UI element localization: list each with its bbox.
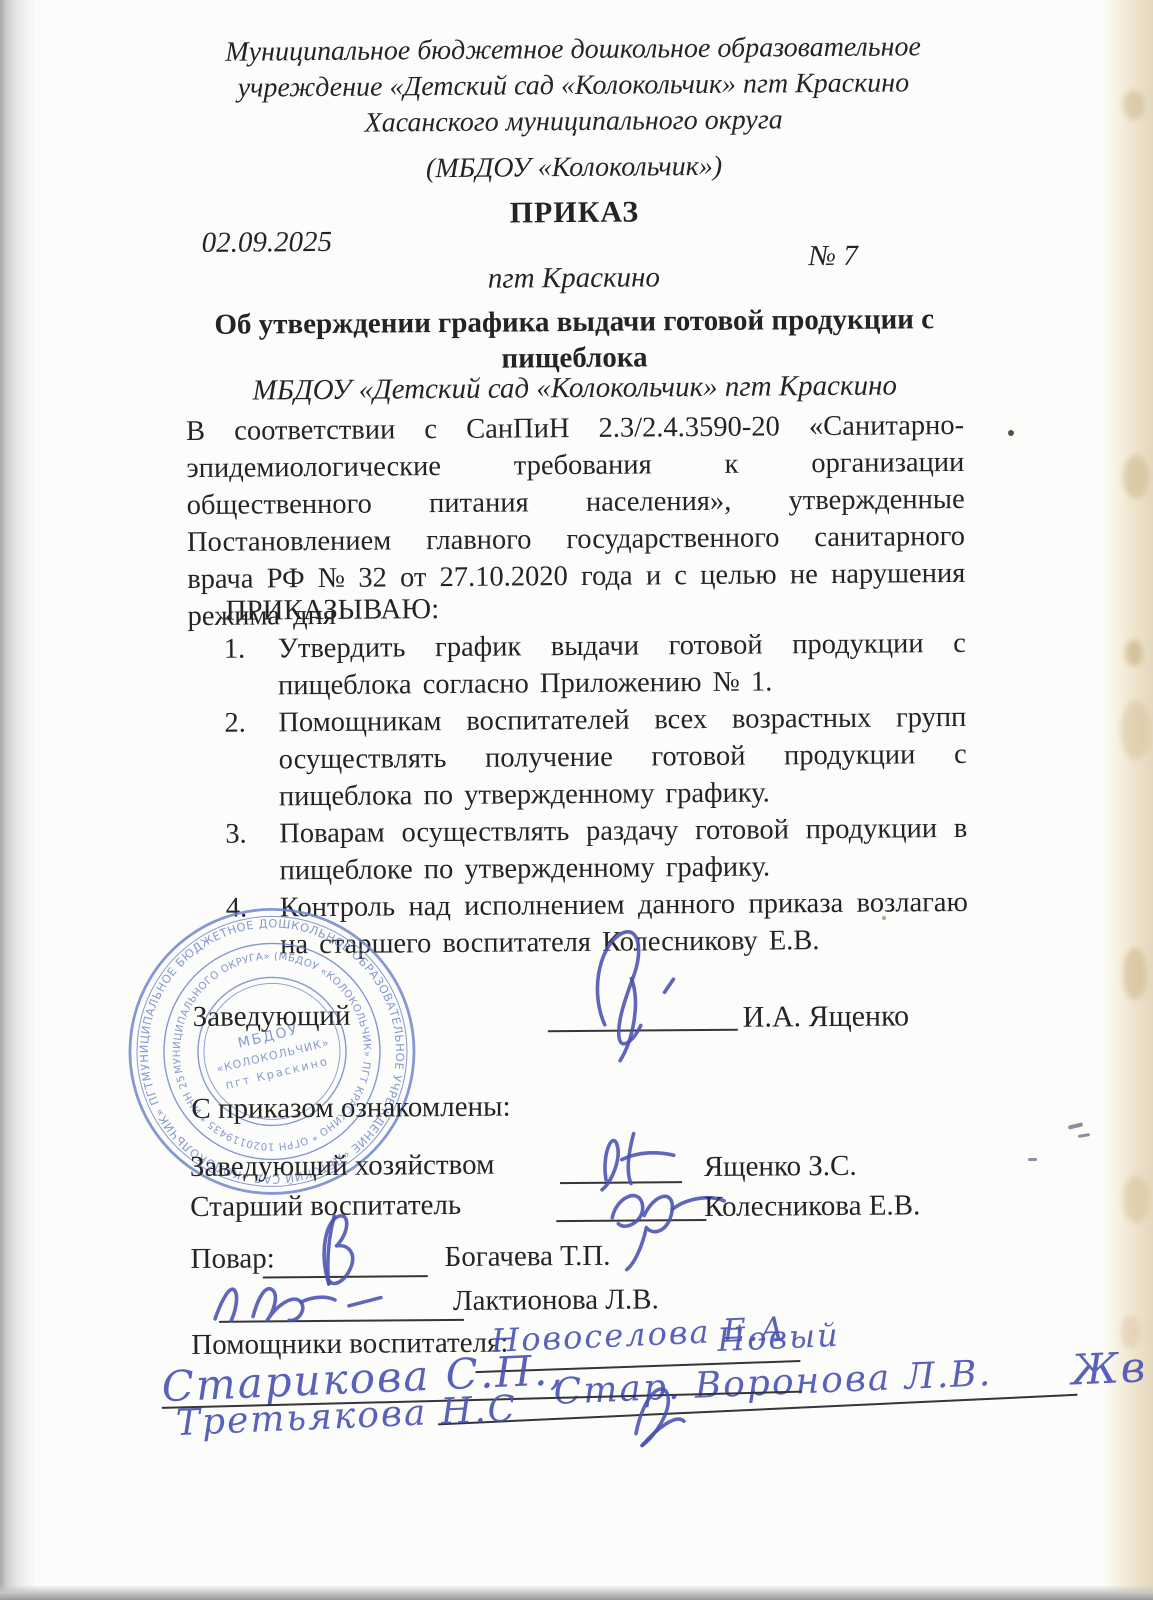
- item-number: 3.: [189, 815, 280, 890]
- order-place: пгт Краскино: [185, 259, 963, 298]
- order-date: 02.09.2025: [201, 226, 332, 260]
- ack-row-name: Колесникова Е.В.: [704, 1189, 920, 1224]
- resolution-word: ПРИКАЗЫВАЮ:: [225, 593, 439, 628]
- item-text: Утвердить график выдачи готовой продукци…: [278, 625, 967, 704]
- ack-heading: С приказом ознакомлены:: [191, 1091, 510, 1127]
- signature-scribble-head: [580, 924, 693, 1063]
- cook-name: Лактионова Л.В.: [453, 1283, 659, 1318]
- signature-scribble-cook2: [205, 1269, 403, 1329]
- org-short-name: (МБДОУ «Колокольчик»): [174, 147, 974, 189]
- ack-row-label: Заведующий хозяйством: [190, 1149, 495, 1184]
- head-name: И.А. Ященко: [743, 999, 910, 1034]
- item-number: 2.: [188, 704, 279, 816]
- item-number: 1.: [188, 630, 279, 705]
- order-title: Об утверждении графика выдачи готовой пр…: [185, 301, 964, 379]
- order-item: 2. Помощникам воспитателей всех возрастн…: [188, 699, 967, 816]
- org-letterhead: Муниципальное бюджетное дошкольное образ…: [173, 29, 974, 189]
- handwritten-flourish-scribble: [611, 1371, 696, 1460]
- document-content: Муниципальное бюджетное дошкольное образ…: [0, 0, 1153, 1600]
- handwritten-flourish: Жв: [1070, 1342, 1148, 1394]
- scanned-order-document: Муниципальное бюджетное дошкольное образ…: [0, 0, 1153, 1600]
- org-name: Муниципальное бюджетное дошкольное образ…: [173, 29, 974, 143]
- order-item: 1. Утвердить график выдачи готовой проду…: [188, 625, 967, 705]
- head-position-label: Заведующий: [193, 1000, 351, 1034]
- order-subtitle: МБДОУ «Детский сад «Колокольчик» пгт Кра…: [186, 369, 964, 408]
- order-item: 3. Поварам осуществлять раздачу готовой …: [189, 810, 968, 890]
- handwritten-name: Новый: [716, 1316, 840, 1359]
- ack-row-name: Ященко З.С.: [704, 1150, 857, 1184]
- cook-name: Богачева Т.П.: [444, 1240, 610, 1274]
- item-text: Помощникам воспитателей всех возрастных …: [278, 699, 967, 815]
